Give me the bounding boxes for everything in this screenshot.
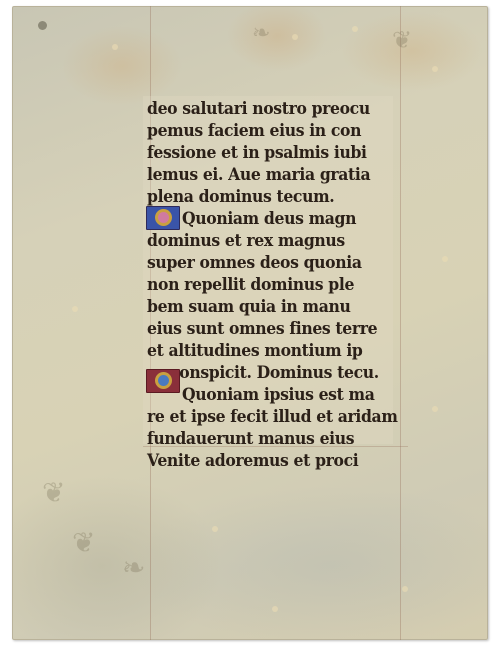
faded-vine-flourish: ❧	[252, 21, 270, 46]
gold-dot	[112, 44, 118, 50]
text-line: se conspicit. Dominus tecu.	[147, 362, 379, 384]
illuminated-initial-q-blue	[146, 206, 180, 230]
gold-dot	[442, 256, 448, 262]
gold-dot	[212, 526, 218, 532]
text-line: non repellit dominus ple	[147, 274, 354, 296]
text-line: lemus ei. Aue maria gratia	[147, 164, 370, 186]
faded-vine-flourish: ❧	[122, 551, 145, 584]
text-line: et altitudines montium ip	[147, 340, 362, 362]
text-line: eius sunt omnes fines terre	[147, 318, 377, 340]
text-line: re et ipse fecit illud et aridam	[147, 406, 398, 428]
binding-hole	[38, 21, 47, 30]
faded-vine-flourish: ❦	[72, 526, 95, 559]
text-line: deo salutari nostro preocu	[147, 98, 370, 120]
gold-dot	[432, 406, 438, 412]
faded-vine-flourish: ❦	[392, 26, 412, 54]
text-line: plena dominus tecum.	[147, 186, 334, 208]
gold-dot	[272, 606, 278, 612]
text-line: Quoniam ipsius est ma	[182, 384, 374, 406]
gold-dot	[292, 34, 298, 40]
text-line: Venite adoremus et proci	[147, 450, 358, 472]
rose-icon	[158, 212, 169, 223]
rose-icon	[158, 375, 169, 386]
text-line: Quoniam deus magn	[182, 208, 356, 230]
text-line: dominus et rex magnus	[147, 230, 345, 252]
ruling-line-right	[400, 6, 401, 640]
gold-dot	[72, 306, 78, 312]
illuminated-initial-q-red	[146, 369, 180, 393]
text-line: pemus faciem eius in con	[147, 120, 361, 142]
text-line: fessione et in psalmis iubi	[147, 142, 367, 164]
gold-dot	[352, 26, 358, 32]
faded-vine-flourish: ❦	[42, 476, 65, 509]
gold-dot	[432, 66, 438, 72]
text-line: fundauerunt manus eius	[147, 428, 354, 450]
text-line: bem suam quia in manu	[147, 296, 350, 318]
text-line: super omnes deos quonia	[147, 252, 362, 274]
gold-dot	[402, 586, 408, 592]
